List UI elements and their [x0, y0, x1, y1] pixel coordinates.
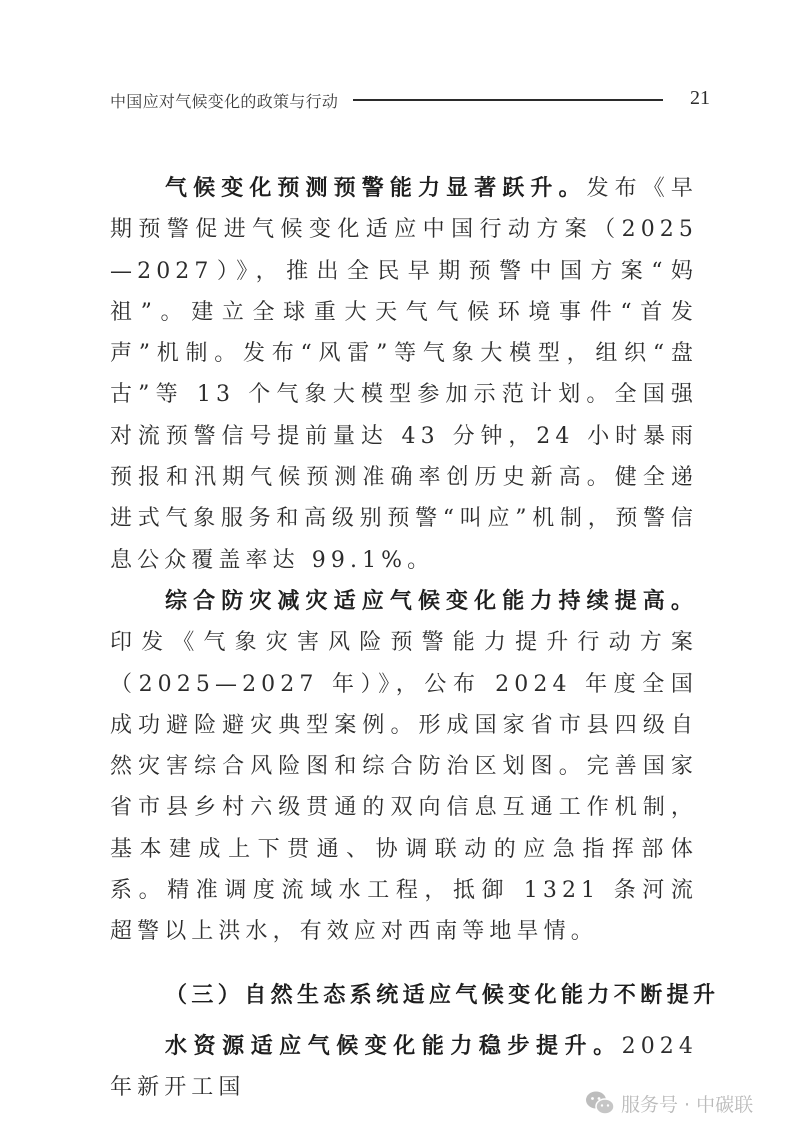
wechat-icon [585, 1090, 615, 1116]
paragraph-lead: 水资源适应气候变化能力稳步提升。 [165, 1033, 622, 1059]
watermark-text: 服务号 · 中碳联 [621, 1090, 753, 1117]
page-number: 21 [690, 87, 710, 110]
running-header: 中国应对气候变化的政策与行动 21 [110, 86, 710, 116]
paragraph-forecast-warning: 气候变化预测预警能力显著跃升。发布《早期预警促进气候变化适应中国行动方案（202… [110, 168, 698, 581]
paragraph-disaster-prevention: 综合防灾减灾适应气候变化能力持续提高。印发《气象灾害风险预警能力提升行动方案（2… [110, 581, 698, 953]
header-rule [353, 99, 663, 101]
paragraph-body: 印发《气象灾害风险预警能力提升行动方案（2025—2027 年）》，公布 202… [110, 630, 698, 944]
paragraph-lead: 综合防灾减灾适应气候变化能力持续提高。 [165, 588, 698, 614]
running-title: 中国应对气候变化的政策与行动 [110, 89, 338, 112]
watermark: 服务号 · 中碳联 [585, 1088, 753, 1118]
paragraph-body: 发布《早期预警促进气候变化适应中国行动方案（2025—2027）》，推出全民早期… [110, 176, 698, 573]
body-text: 气候变化预测预警能力显著跃升。发布《早期预警促进气候变化适应中国行动方案（202… [110, 168, 698, 1108]
paragraph-lead: 气候变化预测预警能力显著跃升。 [165, 175, 587, 201]
section-heading: （三）自然生态系统适应气候变化能力不断提升 [110, 975, 698, 1016]
